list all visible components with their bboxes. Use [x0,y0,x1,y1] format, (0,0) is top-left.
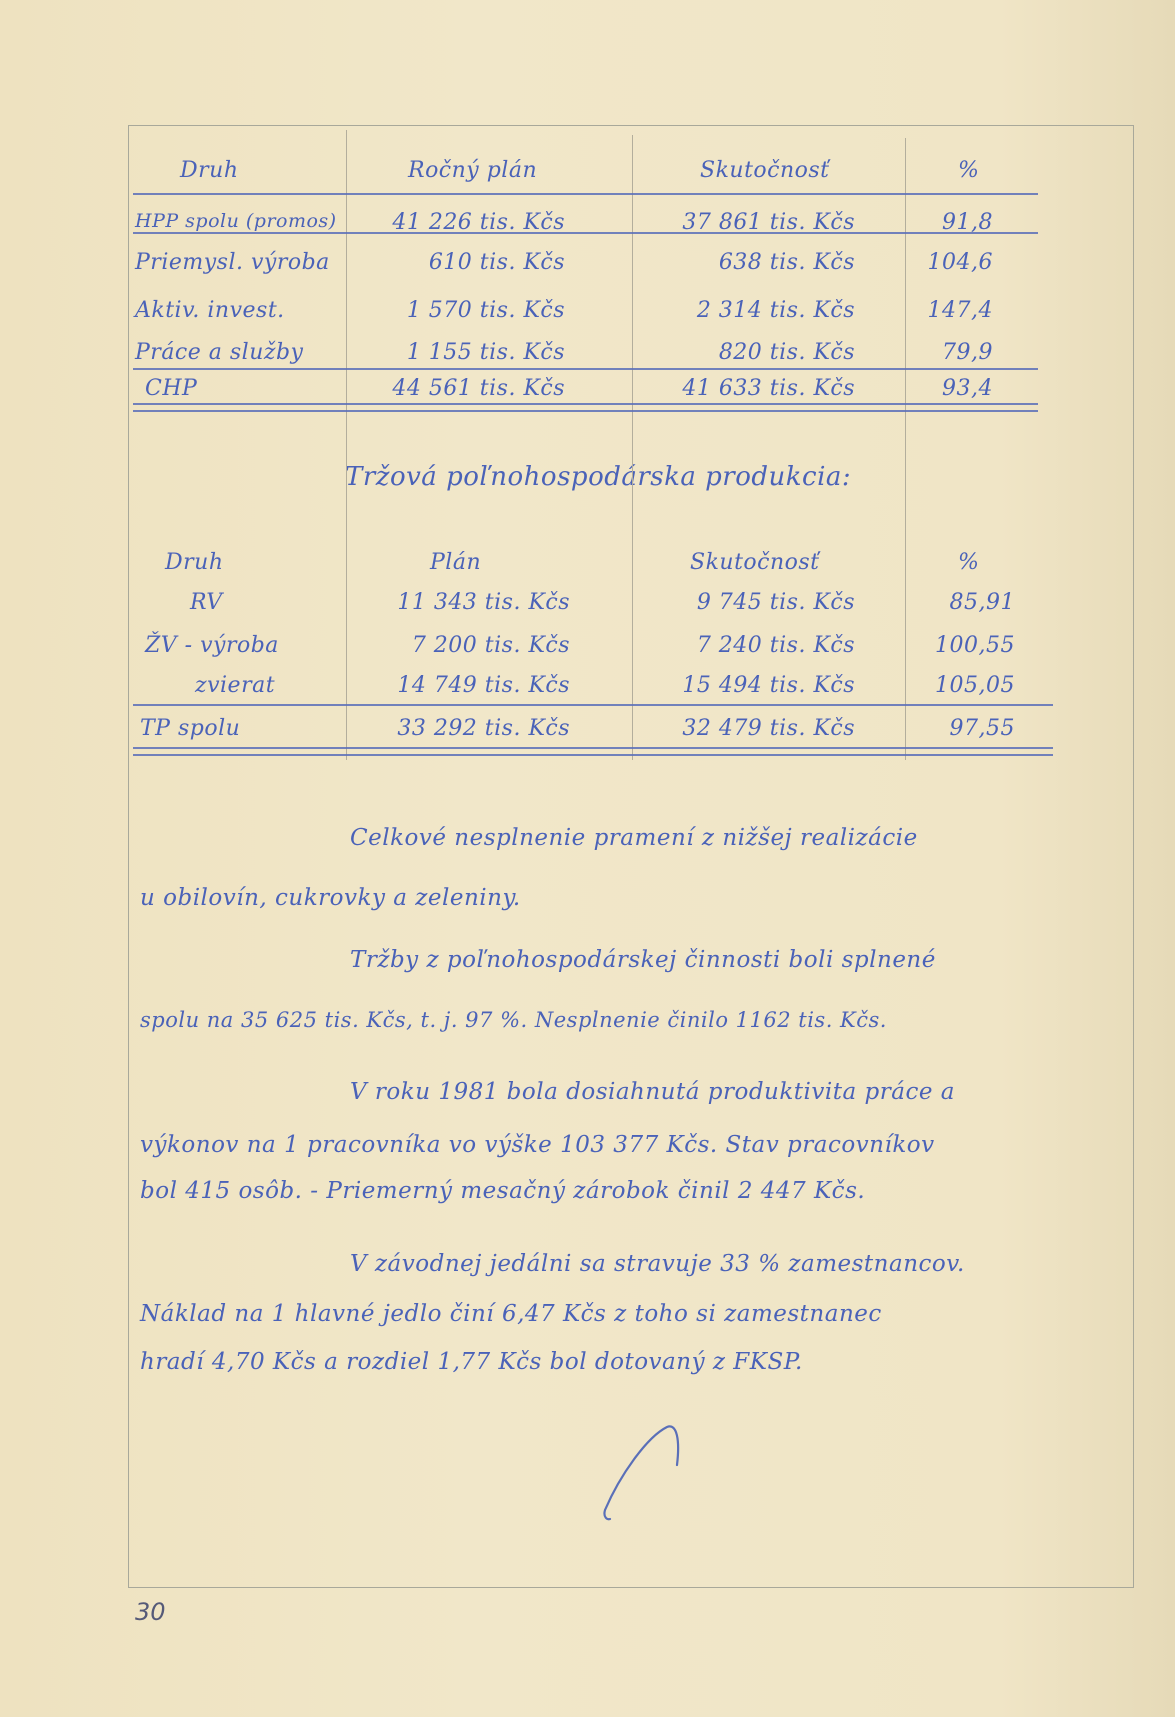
paragraph-canteen: V závodnej jedálni sa stravuje 33 % zame… [140,1238,1110,1386]
header-druh: Druh [180,158,239,183]
header-percent: % [958,158,979,183]
header-druh: Druh [165,550,224,575]
header-percent: % [958,550,979,575]
column-divider [632,135,633,420]
double-underline [133,754,1053,756]
paragraph-revenues: Tržby z poľnohospodárskej činnosti boli … [140,930,1110,1050]
pen-stroke-mark [585,1415,705,1525]
header-skutocnost: Skutočnosť [700,158,830,183]
row-separator [133,368,1038,370]
row-separator [133,232,1038,234]
double-underline [133,410,1038,412]
header-plan: Plán [430,550,481,575]
column-divider [346,420,347,760]
header-underline [133,193,1038,195]
paragraph-productivity: V roku 1981 bola dosiahnutá produktivita… [140,1062,1110,1214]
header-rocny-plan: Ročný plán [408,158,537,183]
double-underline [133,403,1038,405]
row-separator [133,704,1053,706]
column-divider [905,138,906,420]
double-underline [133,747,1053,749]
section-title: Tržová poľnohospodárska produkcia: [345,462,851,492]
paragraph-nonfulfillment: Celkové nesplnenie pramení z nižšej real… [140,808,1110,928]
page-number: 30 [135,1598,166,1626]
column-divider [905,420,906,760]
header-skutocnost: Skutočnosť [690,550,820,575]
column-divider [632,420,633,760]
column-divider [346,130,347,420]
